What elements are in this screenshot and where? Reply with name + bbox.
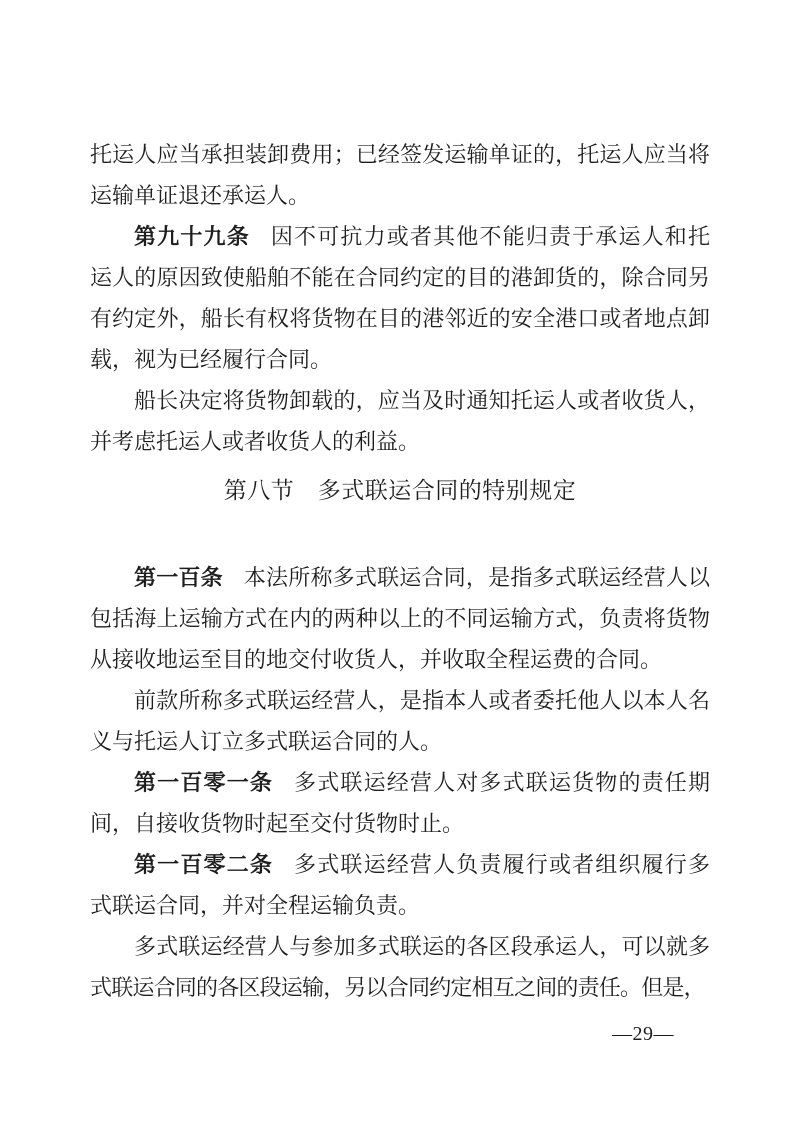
article-number: 第一百零一条 xyxy=(134,770,273,795)
text-line: 船长决定将货物卸载的，应当及时通知托运人或者收货人， xyxy=(90,380,710,421)
article-text: 多式联运经营人负责履行或者组织履行多 xyxy=(294,852,710,877)
text-line: 多式联运经营人与参加多式联运的各区段承运人，可以就多 xyxy=(90,926,710,967)
article-text: 因不可抗力或者其他不能归责于承运人和托 xyxy=(271,224,710,249)
article-number: 第一百条 xyxy=(134,565,223,590)
text-line: 托运人应当承担装卸费用；已经签发运输单证的，托运人应当将 xyxy=(90,134,710,175)
text-line: 运人的原因致使船舶不能在合同约定的目的港卸货的，除合同另 xyxy=(90,257,710,298)
article-text: 多式联运经营人对多式联运货物的责任期 xyxy=(294,770,710,795)
text-line: 前款所称多式联运经营人，是指本人或者委托他人以本人名 xyxy=(90,680,710,721)
text-line: 包括海上运输方式在内的两种以上的不同运输方式，负责将货物 xyxy=(90,598,710,639)
text-line: 有约定外，船长有权将货物在目的港邻近的安全港口或者地点卸 xyxy=(90,298,710,339)
text-line: 间，自接收货物时起至交付货物时止。 xyxy=(90,803,710,844)
text-line: 并考虑托运人或者收货人的利益。 xyxy=(90,421,710,462)
text-line: 第一百零二条多式联运经营人负责履行或者组织履行多 xyxy=(90,844,710,885)
text-line: 第一百条本法所称多式联运合同，是指多式联运经营人以 xyxy=(90,557,710,598)
section-heading: 第八节 多式联运合同的特别规定 xyxy=(90,470,710,511)
text-line: 载，视为已经履行合同。 xyxy=(90,339,710,380)
document-page: 托运人应当承担装卸费用；已经签发运输单证的，托运人应当将 运输单证退还承运人。 … xyxy=(0,0,793,1122)
text-line: 第一百零一条多式联运经营人对多式联运货物的责任期 xyxy=(90,762,710,803)
article-number: 第九十九条 xyxy=(134,224,250,249)
document-body: 托运人应当承担装卸费用；已经签发运输单证的，托运人应当将 运输单证退还承运人。 … xyxy=(90,134,710,1049)
text-line: 式联运合同，并对全程运输负责。 xyxy=(90,885,710,926)
article-text: 本法所称多式联运合同，是指多式联运经营人以 xyxy=(244,565,710,590)
text-line: 式联运合同的各区段运输，另以合同约定相互之间的责任。但是， xyxy=(90,967,710,1008)
text-line: 运输单证退还承运人。 xyxy=(90,175,710,216)
text-line: 义与托运人订立多式联运合同的人。 xyxy=(90,721,710,762)
article-number: 第一百零二条 xyxy=(134,852,273,877)
text-line: 第九十九条因不可抗力或者其他不能归责于承运人和托 xyxy=(90,216,710,257)
page-number: —29— xyxy=(90,1019,710,1049)
text-line: 从接收地运至目的地交付收货人，并收取全程运费的合同。 xyxy=(90,639,710,680)
